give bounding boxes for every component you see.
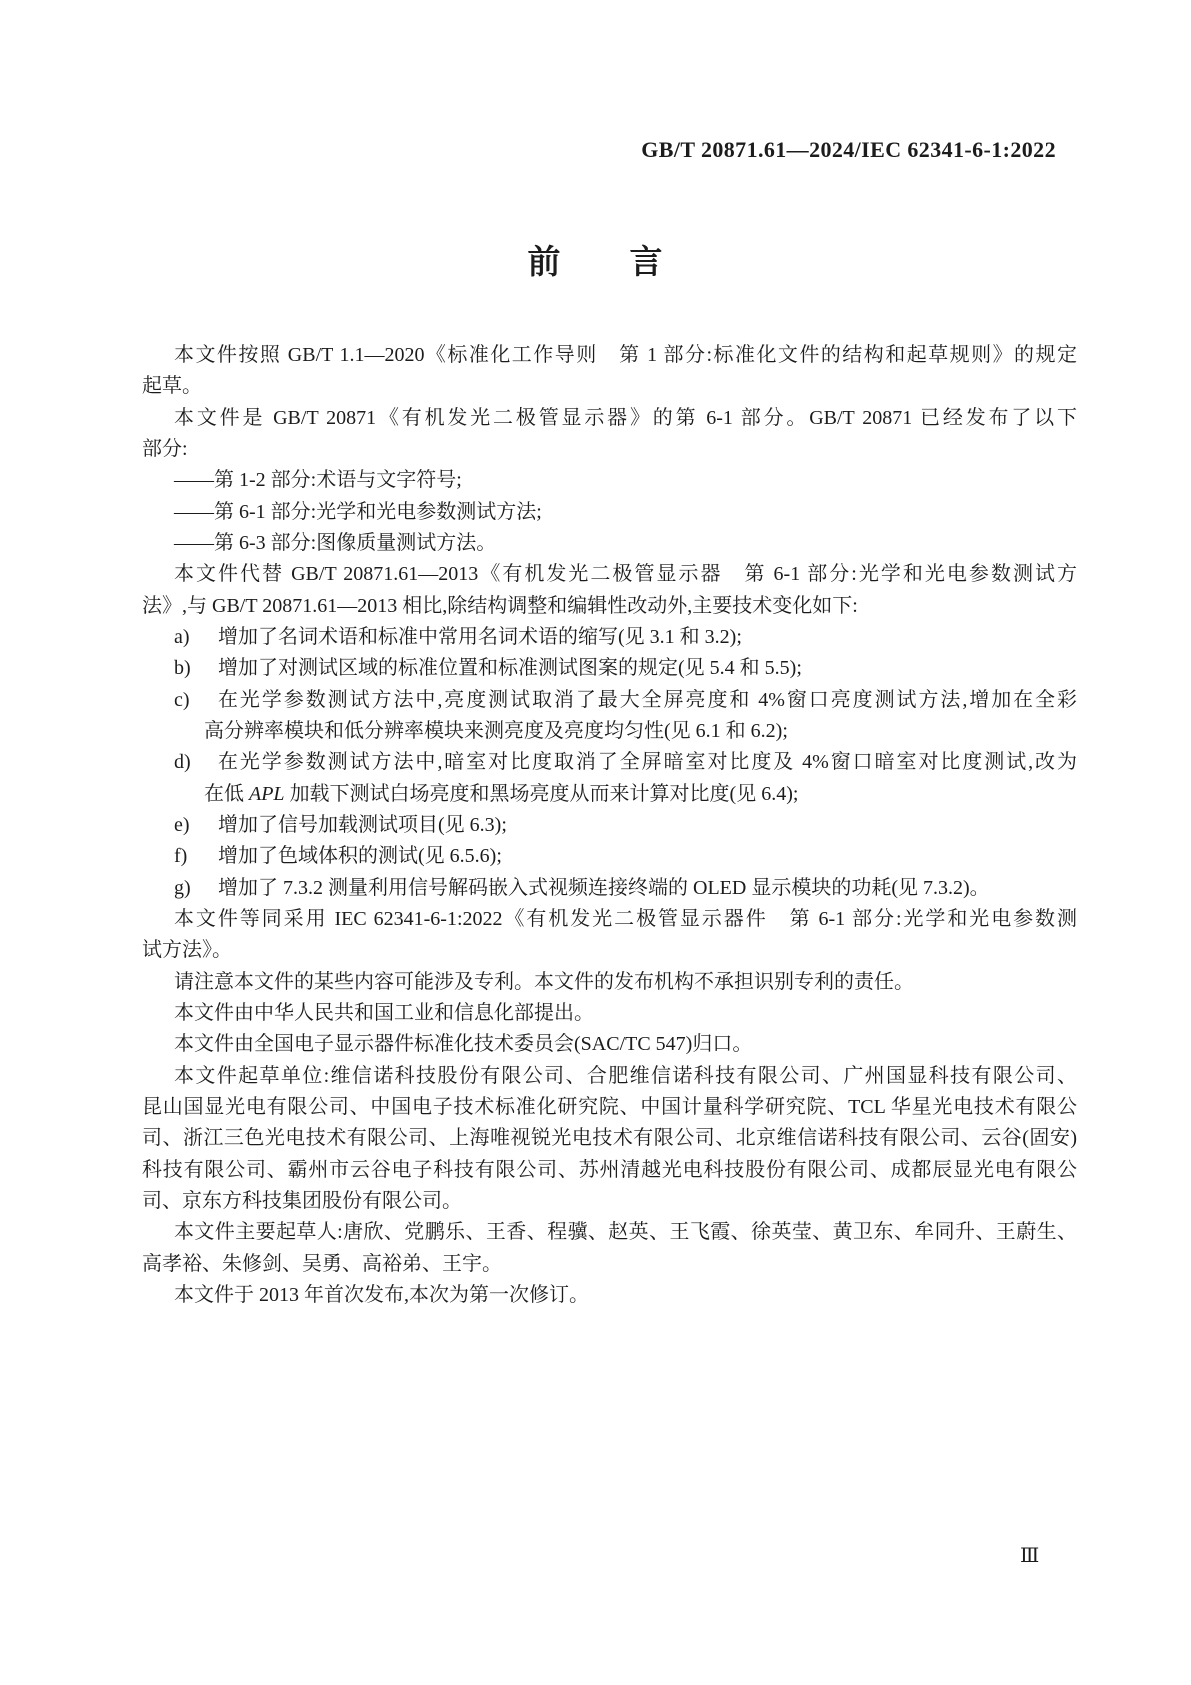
- list-item-label: b): [174, 653, 191, 684]
- list-item-b: b)增加了对测试区域的标准位置和标准测试图案的规定(见 5.4 和 5.5);: [142, 653, 1077, 684]
- foreword-line: 试方法》。: [142, 935, 1077, 966]
- foreword-line: 本文件按照 GB/T 1.1—2020《标准化工作导则 第 1 部分:标准化文件…: [142, 340, 1077, 371]
- list-item-label: e): [174, 810, 190, 841]
- foreword-line: 本文件由中华人民共和国工业和信息化部提出。: [142, 998, 1077, 1029]
- foreword-line: 本文件主要起草人:唐欣、党鹏乐、王香、程骥、赵英、王飞霞、徐英莹、黄卫东、牟同升…: [142, 1217, 1077, 1248]
- foreword-line: 本文件于 2013 年首次发布,本次为第一次修订。: [142, 1280, 1077, 1311]
- foreword-line: 本文件由全国电子显示器件标准化技术委员会(SAC/TC 547)归口。: [142, 1029, 1077, 1060]
- list-item-f: f)增加了色域体积的测试(见 6.5.6);: [142, 841, 1077, 872]
- list-item-label: d): [174, 747, 191, 778]
- foreword-line: 本文件起草单位:维信诺科技股份有限公司、合肥维信诺科技有限公司、广州国显科技有限…: [142, 1061, 1077, 1092]
- list-item-text: 增加了对测试区域的标准位置和标准测试图案的规定(见 5.4 和 5.5);: [218, 657, 802, 679]
- list-item-label: c): [174, 685, 190, 716]
- document-page: GB/T 20871.61—2024/IEC 62341-6-1:2022 前 …: [0, 0, 1191, 1685]
- italic-term-apl: APL: [249, 783, 285, 805]
- list-item-text: 在光学参数测试方法中,亮度测试取消了最大全屏亮度和 4%窗口亮度测试方法,增加在…: [218, 689, 1077, 711]
- list-item-text: 增加了名词术语和标准中常用名词术语的缩写(见 3.1 和 3.2);: [218, 626, 742, 648]
- page-title: 前 言: [0, 236, 1191, 283]
- list-item-label: a): [174, 622, 190, 653]
- foreword-line: 本文件是 GB/T 20871《有机发光二极管显示器》的第 6-1 部分。GB/…: [142, 403, 1077, 434]
- list-item-c-continuation: 高分辨率模块和低分辨率模块来测亮度及亮度均匀性(见 6.1 和 6.2);: [142, 716, 1077, 747]
- list-item-d: d)在光学参数测试方法中,暗室对比度取消了全屏暗室对比度及 4%窗口暗室对比度测…: [142, 747, 1077, 778]
- foreword-line: 科技有限公司、霸州市云谷电子科技有限公司、苏州清越光电科技股份有限公司、成都辰显…: [142, 1155, 1077, 1186]
- text-segment: 在低: [204, 783, 249, 805]
- foreword-dash-item: ——第 1-2 部分:术语与文字符号;: [142, 465, 1077, 496]
- list-item-c: c)在光学参数测试方法中,亮度测试取消了最大全屏亮度和 4%窗口亮度测试方法,增…: [142, 685, 1077, 716]
- foreword-dash-item: ——第 6-3 部分:图像质量测试方法。: [142, 528, 1077, 559]
- standard-code-header: GB/T 20871.61—2024/IEC 62341-6-1:2022: [641, 137, 1056, 163]
- foreword-line: 部分:: [142, 434, 1077, 465]
- foreword-line: 司、京东方科技集团股份有限公司。: [142, 1186, 1077, 1217]
- foreword-line: 本文件代替 GB/T 20871.61—2013《有机发光二极管显示器 第 6-…: [142, 559, 1077, 590]
- list-item-text: 增加了信号加载测试项目(见 6.3);: [218, 814, 507, 836]
- list-item-a: a)增加了名词术语和标准中常用名词术语的缩写(见 3.1 和 3.2);: [142, 622, 1077, 653]
- foreword-dash-item: ——第 6-1 部分:光学和光电参数测试方法;: [142, 497, 1077, 528]
- foreword-line: 昆山国显光电有限公司、中国电子技术标准化研究院、中国计量科学研究院、TCL 华星…: [142, 1092, 1077, 1123]
- page-number: Ⅲ: [1020, 1543, 1040, 1568]
- foreword-body: 本文件按照 GB/T 1.1—2020《标准化工作导则 第 1 部分:标准化文件…: [142, 340, 1077, 1311]
- foreword-line: 起草。: [142, 371, 1077, 402]
- list-item-d-continuation: 在低 APL 加载下测试白场亮度和黑场亮度从而来计算对比度(见 6.4);: [142, 779, 1077, 810]
- list-item-g: g)增加了 7.3.2 测量利用信号解码嵌入式视频连接终端的 OLED 显示模块…: [142, 873, 1077, 904]
- foreword-line: 高孝裕、朱修剑、吴勇、高裕弟、王宇。: [142, 1249, 1077, 1280]
- foreword-line: 本文件等同采用 IEC 62341-6-1:2022《有机发光二极管显示器件 第…: [142, 904, 1077, 935]
- list-item-text: 增加了色域体积的测试(见 6.5.6);: [218, 845, 502, 867]
- list-item-text: 在光学参数测试方法中,暗室对比度取消了全屏暗室对比度及 4%窗口暗室对比度测试,…: [218, 751, 1077, 773]
- foreword-line: 法》,与 GB/T 20871.61—2013 相比,除结构调整和编辑性改动外,…: [142, 591, 1077, 622]
- list-item-text: 增加了 7.3.2 测量利用信号解码嵌入式视频连接终端的 OLED 显示模块的功…: [218, 877, 990, 899]
- list-item-e: e)增加了信号加载测试项目(见 6.3);: [142, 810, 1077, 841]
- list-item-label: f): [174, 841, 187, 872]
- list-item-label: g): [174, 873, 191, 904]
- foreword-line: 请注意本文件的某些内容可能涉及专利。本文件的发布机构不承担识别专利的责任。: [142, 967, 1077, 998]
- text-segment: 加载下测试白场亮度和黑场亮度从而来计算对比度(见 6.4);: [285, 783, 799, 805]
- foreword-line: 司、浙江三色光电技术有限公司、上海唯视锐光电技术有限公司、北京维信诺科技有限公司…: [142, 1123, 1077, 1154]
